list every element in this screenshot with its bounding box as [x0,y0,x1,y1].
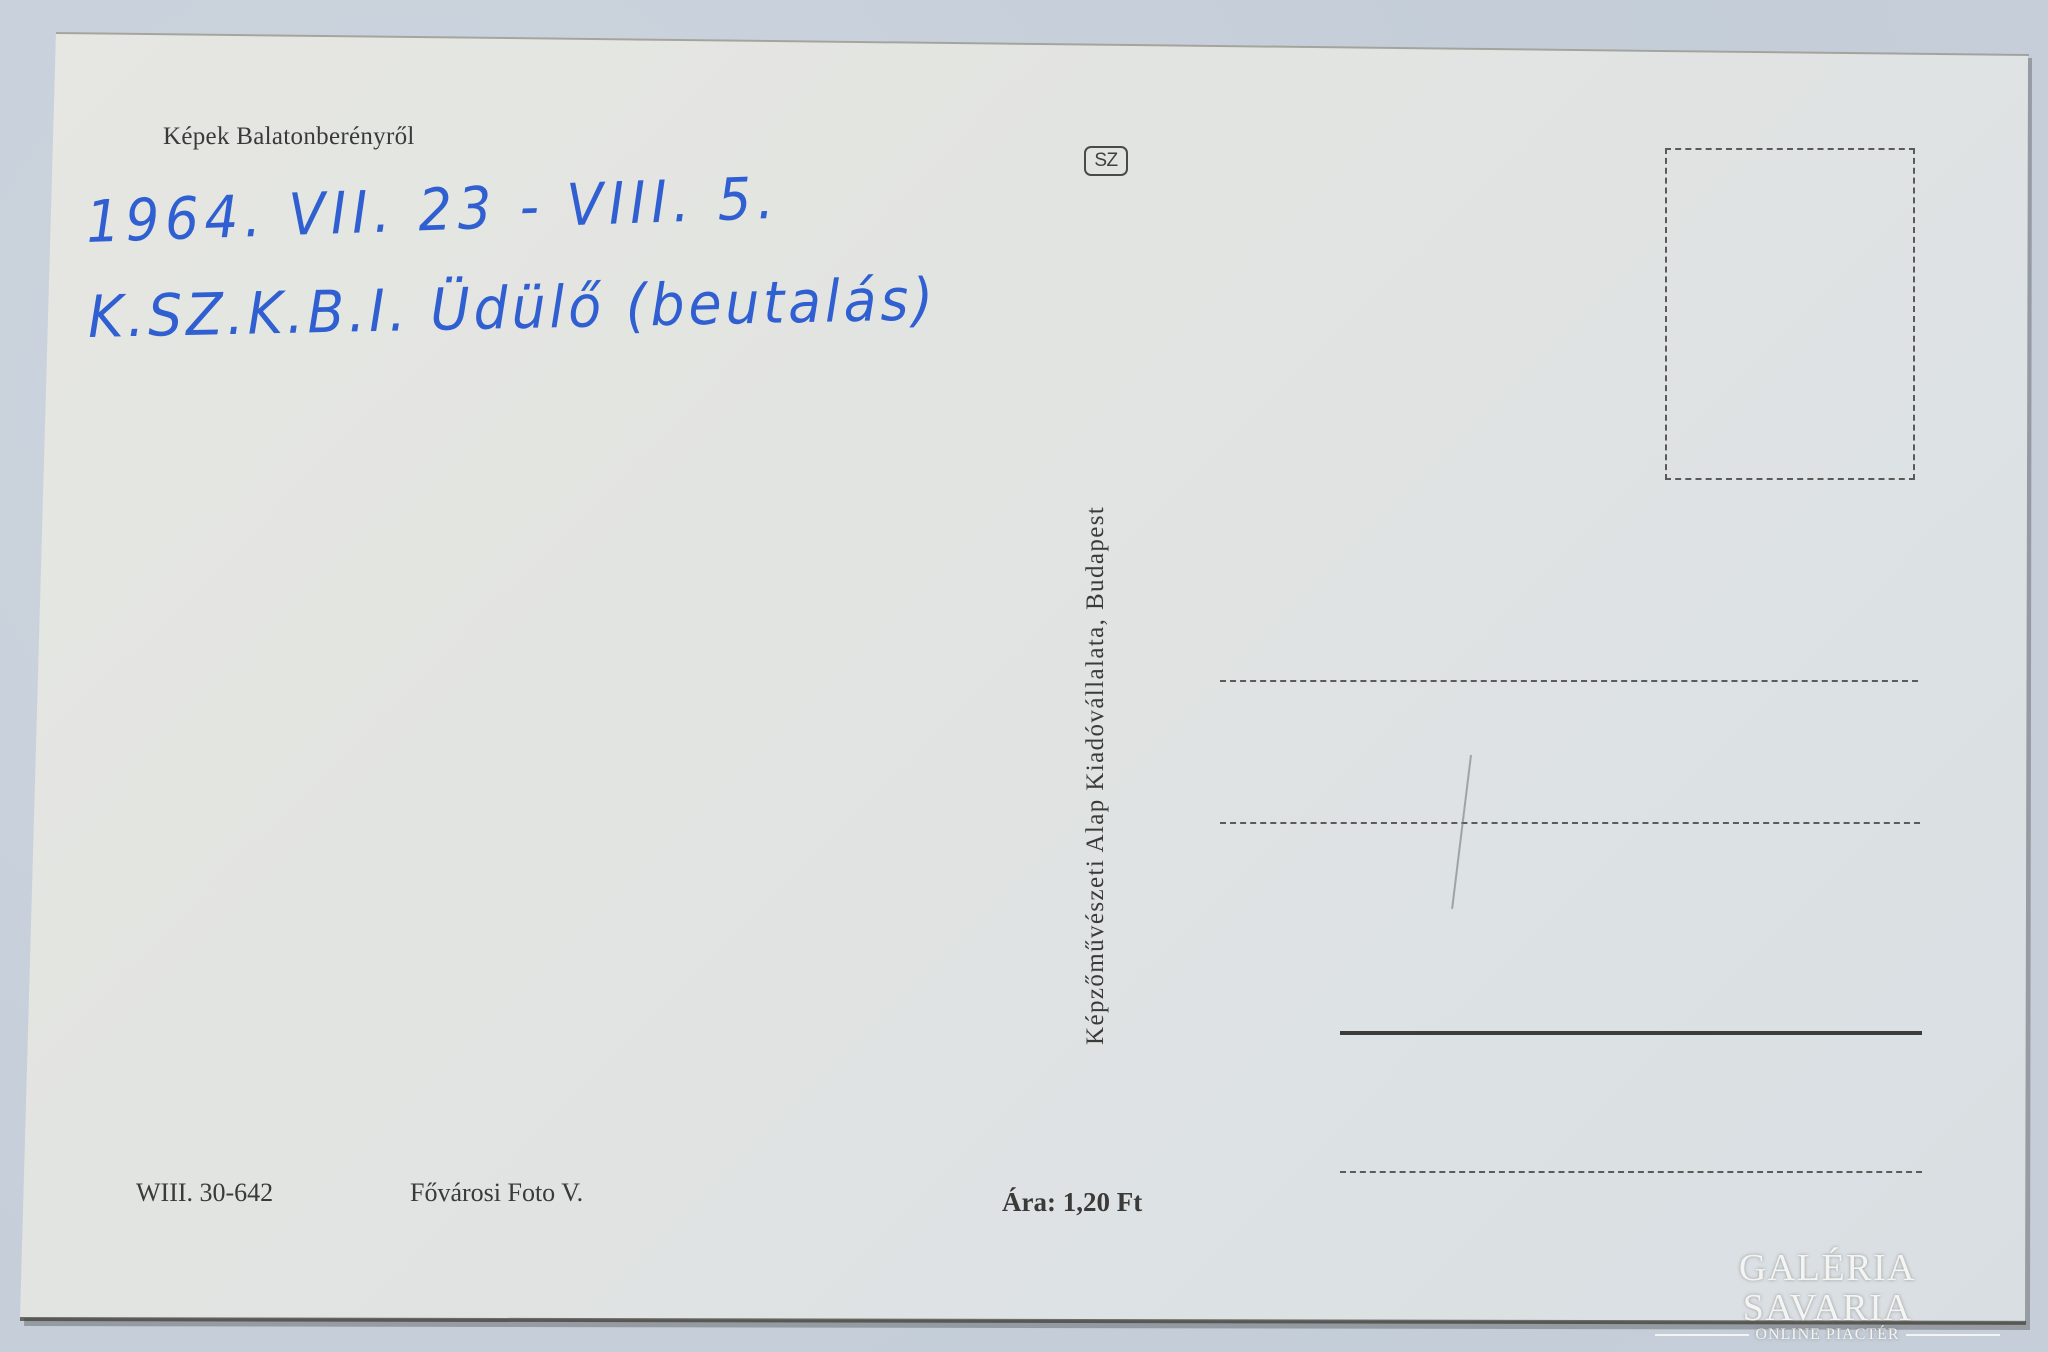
address-line-4 [1340,1171,1922,1173]
publisher-badge-icon: SZ [1084,146,1128,176]
print-code: WIII. 30-642 [136,1178,273,1208]
watermark-main: GALÉRIA SAVARIA [1655,1248,2000,1328]
address-line-1 [1220,680,1918,682]
address-line-3 [1340,1031,1922,1035]
watermark-sub: ONLINE PIACTÉR [1755,1326,1899,1344]
publisher-vertical-text: Képzőművészeti Alap Kiadóvállalata, Buda… [1082,506,1110,1045]
watermark-sub-row: ONLINE PIACTÉR [1655,1326,2000,1344]
watermark-rule-right [1906,1334,2000,1336]
photo-credit: Fővárosi Foto V. [410,1178,583,1208]
series-title: Képek Balatonberényről [163,123,415,151]
stamp-box [1665,148,1915,480]
price-label: Ára: 1,20 Ft [1002,1187,1142,1218]
watermark-rule-left [1655,1334,1749,1336]
address-line-2 [1220,822,1920,824]
watermark-logo: GALÉRIA SAVARIA ONLINE PIACTÉR [1655,1248,2000,1344]
